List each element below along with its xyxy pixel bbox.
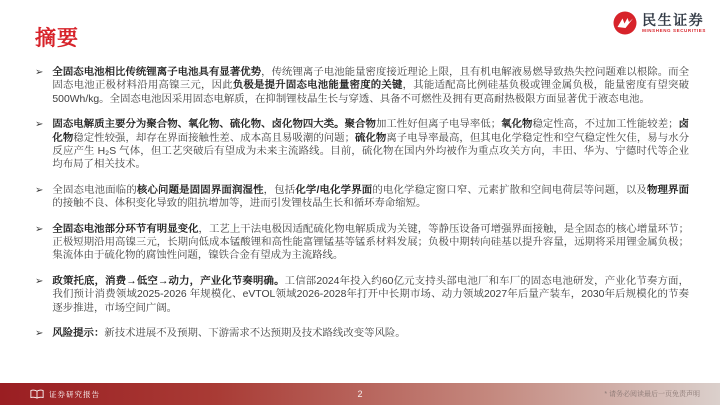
logo-text-en: MINSHENG SECURITIES	[642, 29, 706, 34]
bullet-arrow-icon: ➢	[35, 184, 43, 211]
bullet-text-2: 固态电解质主要分为聚合物、氧化物、硫化物、卤化物四大类。聚合物加工性好但离子电导…	[52, 118, 689, 172]
bullet-text-1: 全固态电池相比传统锂离子电池具有显著优势，传统锂离子电池能量密度接近理论上限，且…	[52, 66, 689, 106]
bullet-arrow-icon: ➢	[35, 327, 43, 340]
bullet-item-4: ➢ 全固态电池部分环节有明显变化，工艺上干法电极因适配硫化物电解质成为关键，等静…	[35, 223, 689, 263]
bullet-item-5: ➢ 政策托底，消费→低空→动力，产业化节奏明确。工信部2024年投入约60亿元支…	[35, 275, 689, 315]
bullet-text-6: 风险提示：新技术进展不及预期、下游需求不达预期及技术路线改变等风险。	[52, 327, 405, 340]
disclaimer-text: * 请务必阅读最后一页免责声明	[604, 389, 700, 399]
bullet-item-1: ➢ 全固态电池相比传统锂离子电池具有显著优势，传统锂离子电池能量密度接近理论上限…	[35, 66, 689, 106]
bullet-text-5: 政策托底，消费→低空→动力，产业化节奏明确。工信部2024年投入约60亿元支持头…	[52, 275, 689, 315]
bullet-item-6: ➢ 风险提示：新技术进展不及预期、下游需求不达预期及技术路线改变等风险。	[35, 327, 689, 340]
report-slide: 摘要 民生证券 MINSHENG SECURITIES ➢ 全固态电池相比传统锂…	[0, 0, 720, 405]
bullet-text-3: 全固态电池面临的核心问题是固固界面润湿性，包括化学/电化学界面的电化学稳定窗口窄…	[52, 184, 689, 211]
bullet-arrow-icon: ➢	[35, 223, 43, 263]
bullet-arrow-icon: ➢	[35, 118, 43, 172]
bullet-text-4: 全固态电池部分环节有明显变化，工艺上干法电极因适配硫化物电解质成为关键，等静压设…	[52, 223, 689, 263]
logo-text: 民生证券 MINSHENG SECURITIES	[642, 13, 706, 34]
minsheng-logo: 民生证券 MINSHENG SECURITIES	[613, 11, 706, 35]
bullet-arrow-icon: ➢	[35, 275, 43, 315]
logo-text-cn: 民生证券	[642, 13, 706, 27]
footer-bar: 证券研究报告 2 * 请务必阅读最后一页免责声明	[0, 383, 720, 405]
bullet-item-2: ➢ 固态电解质主要分为聚合物、氧化物、硫化物、卤化物四大类。聚合物加工性好但离子…	[35, 118, 689, 172]
summary-bullet-list: ➢ 全固态电池相比传统锂离子电池具有显著优势，传统锂离子电池能量密度接近理论上限…	[35, 66, 689, 353]
bullet-item-3: ➢ 全固态电池面临的核心问题是固固界面润湿性，包括化学/电化学界面的电化学稳定窗…	[35, 184, 689, 211]
page-title: 摘要	[35, 22, 79, 52]
minsheng-wing-icon	[613, 11, 637, 35]
slide-header: 摘要 民生证券 MINSHENG SECURITIES	[0, 0, 720, 58]
bullet-arrow-icon: ➢	[35, 66, 43, 106]
